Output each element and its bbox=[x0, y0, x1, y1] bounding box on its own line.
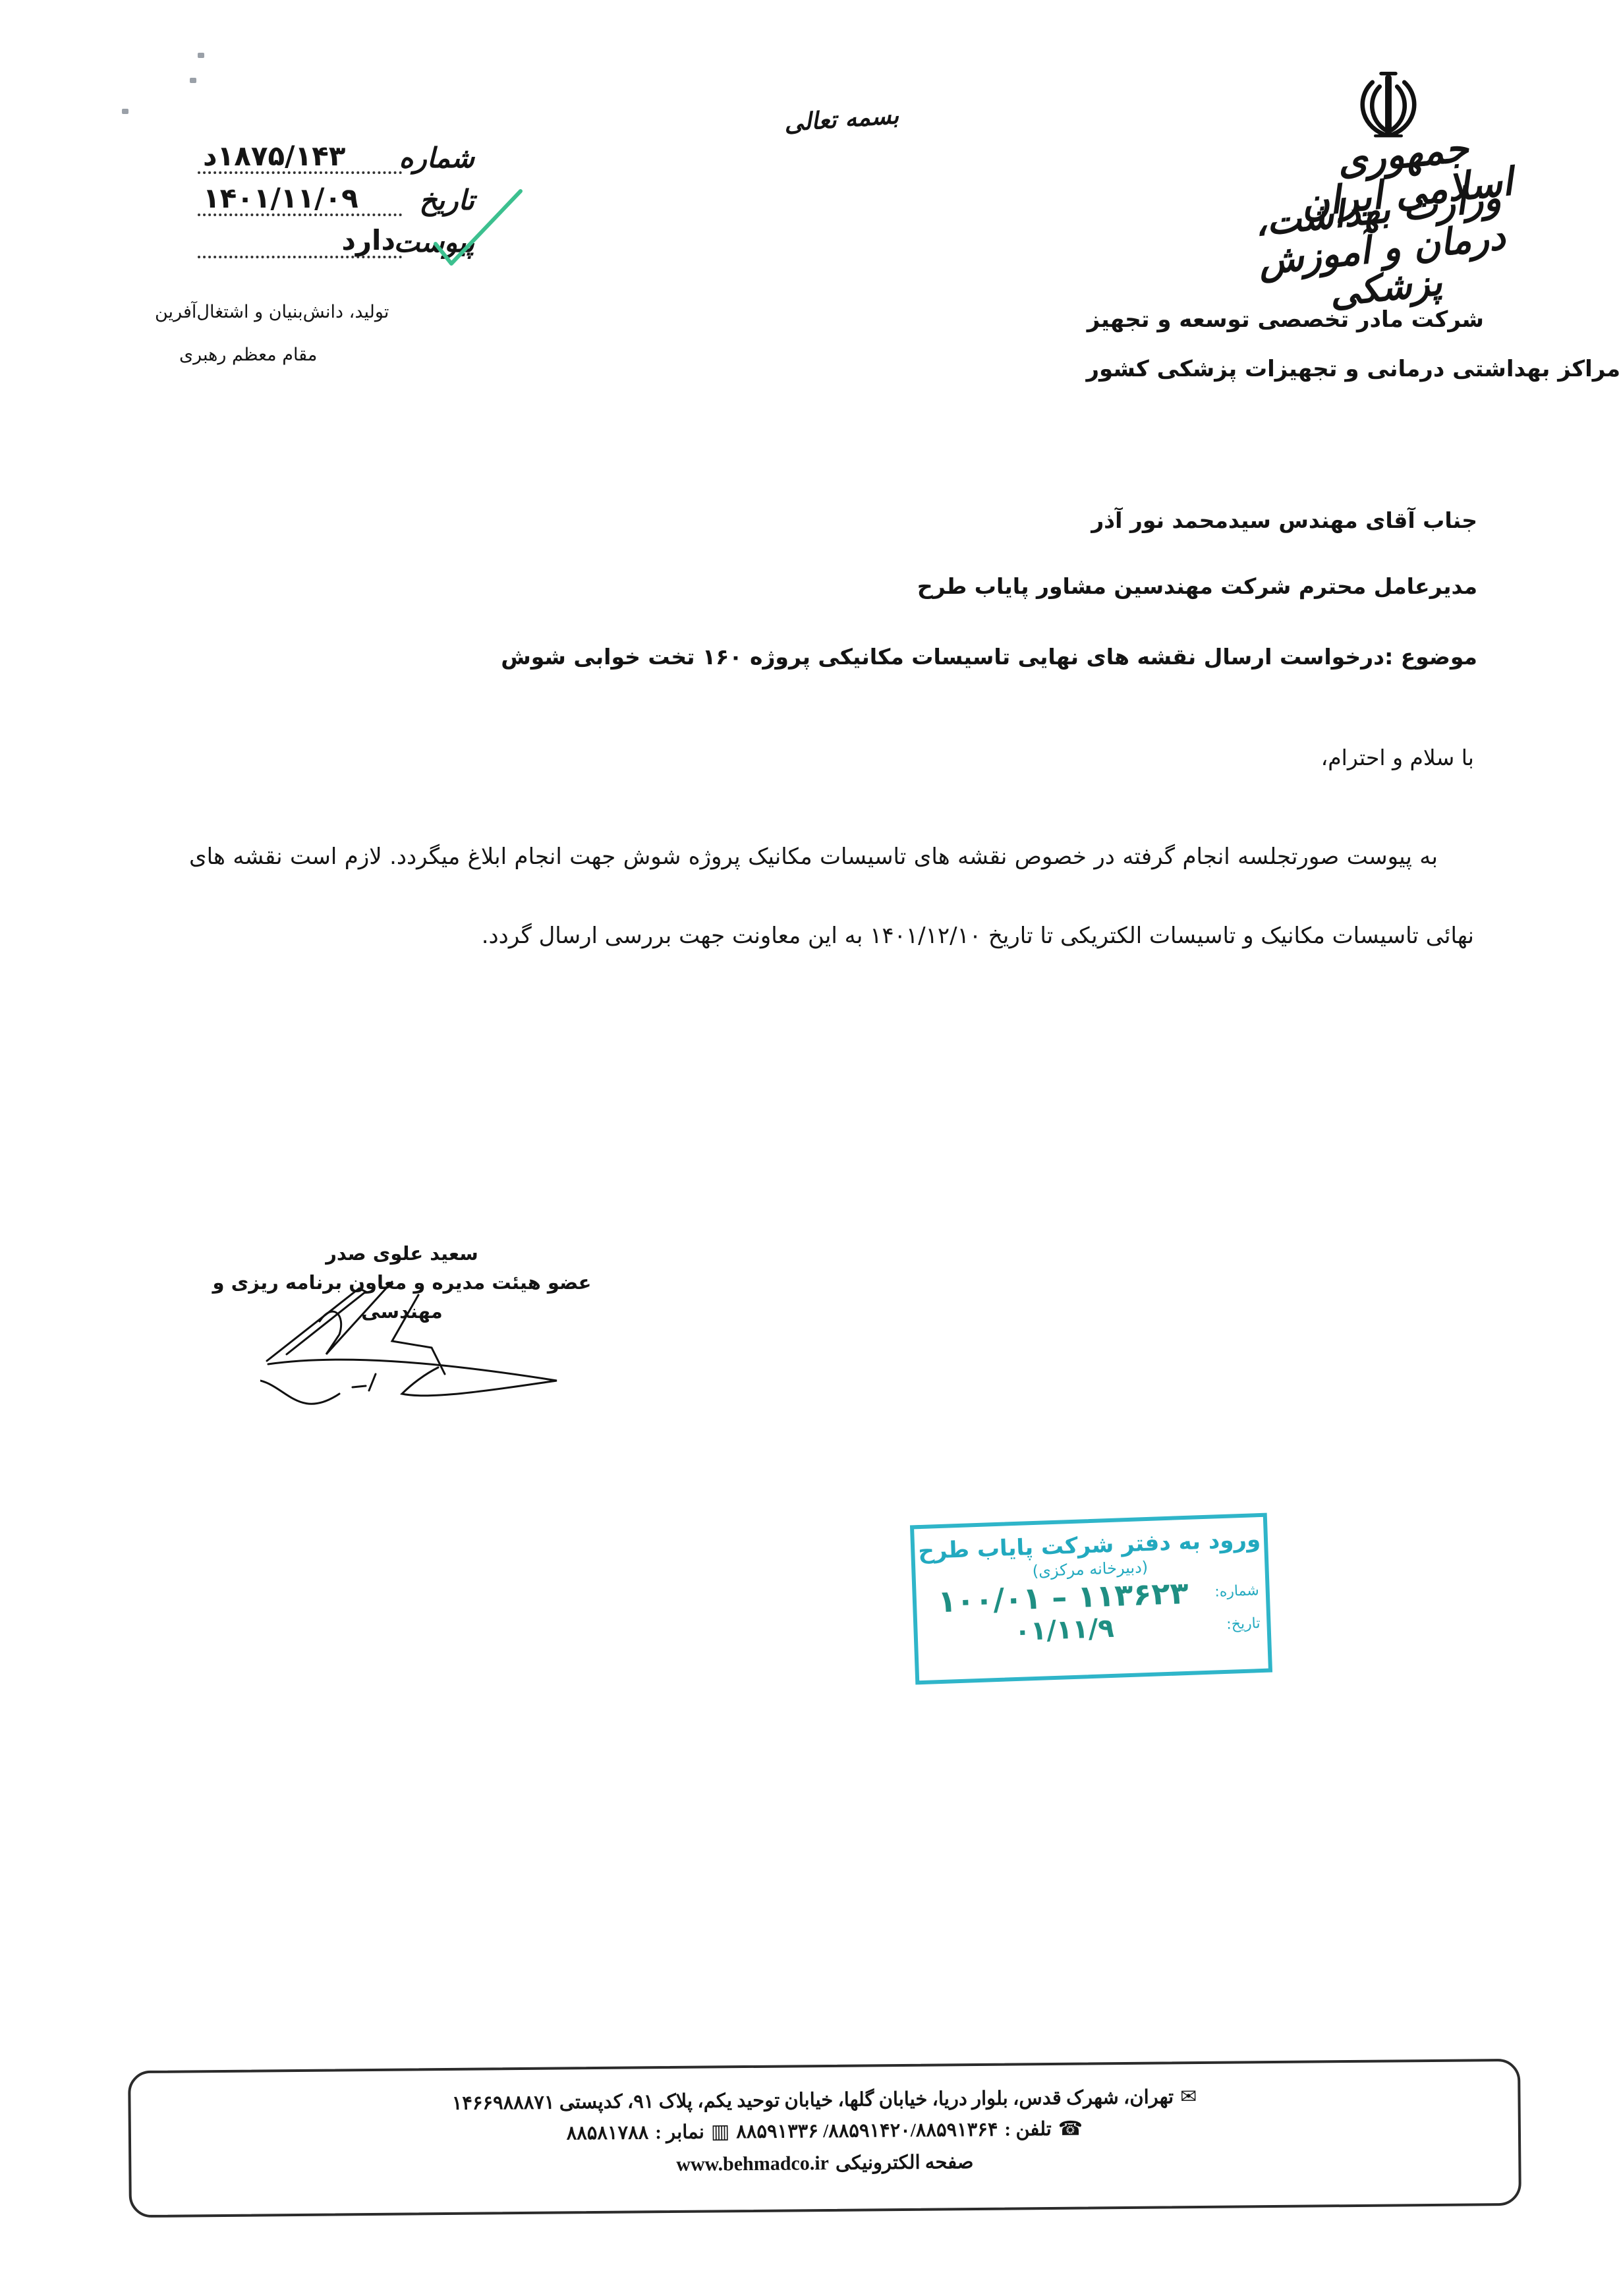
footer-phone-value: ۸۸۵۹۱۴۲۰/۸۸۵۹۱۳۶۴/ ۸۸۵۹۱۳۳۶ bbox=[736, 2118, 998, 2143]
slogan-text: تولید، دانش‌بنیان و اشتغال‌آفرین bbox=[155, 302, 389, 322]
reference-attachment-value: دارد bbox=[198, 225, 402, 258]
footer-fax-value: ۸۸۵۸۱۷۸۸ bbox=[567, 2121, 649, 2144]
organization-name-line2: مراکز بهداشتی درمانی و تجهیزات پزشکی کشو… bbox=[1086, 356, 1619, 382]
recipient-name: جناب آقای مهندس سیدمحمد نور آذر bbox=[1091, 507, 1477, 533]
bismillah-heading: بسمه تعالی bbox=[783, 101, 900, 137]
footer-address-line: ✉ تهران، شهرک قدس، بلوار دریا، خیابان گل… bbox=[130, 2082, 1518, 2117]
footer-website-link[interactable]: www.behmadco.ir bbox=[676, 2152, 829, 2175]
scan-speck bbox=[198, 53, 204, 58]
footer-address: تهران، شهرک قدس، بلوار دریا، خیابان گلها… bbox=[452, 2085, 1174, 2115]
check-mark-icon bbox=[432, 178, 524, 270]
signatory-name: سعید علوی صدر bbox=[211, 1239, 593, 1268]
stamp-number-label: شماره: bbox=[1203, 1582, 1259, 1601]
reference-number-label: شماره bbox=[402, 142, 474, 174]
envelope-icon: ✉ bbox=[1180, 2085, 1197, 2108]
stamp-date-label: تاریخ: bbox=[1204, 1615, 1261, 1634]
body-paragraph: به پیوست صورتجلسه انجام گرفته در خصوص نق… bbox=[189, 817, 1474, 975]
reference-number-row: شماره ۱۸۷۵/۱۴۳د bbox=[198, 132, 474, 174]
ministry-title: وزارت بهداشت، درمان و آموزش پزشکی bbox=[1238, 177, 1525, 322]
footer-phone-label: تلفن : bbox=[1004, 2117, 1052, 2141]
reference-number-value: ۱۸۷۵/۱۴۳د bbox=[198, 141, 402, 174]
scan-speck bbox=[190, 78, 196, 83]
footer-website-line: صفحه الکترونیکی www.behmadco.ir bbox=[131, 2146, 1518, 2181]
footer-contact-box: ✉ تهران، شهرک قدس، بلوار دریا، خیابان گل… bbox=[128, 2059, 1521, 2218]
organization-name-line1: شرکت مادر تخصصی توسعه و تجهیز bbox=[1087, 306, 1484, 333]
handwritten-signature-icon bbox=[260, 1275, 590, 1407]
fax-icon: ▥ bbox=[711, 2120, 730, 2143]
telephone-icon: ☎ bbox=[1058, 2117, 1083, 2140]
reference-date-value: ۱۴۰۱/۱۱/۰۹ bbox=[198, 183, 402, 216]
footer-website-label: صفحه الکترونیکی bbox=[836, 2150, 974, 2175]
slogan-attribution: مقام معظم رهبری bbox=[179, 345, 317, 365]
letter-subject: موضوع :درخواست ارسال نقشه های نهایی تاسی… bbox=[501, 644, 1477, 670]
greeting: با سلام و احترام، bbox=[1321, 745, 1474, 770]
receipt-stamp: ورود به دفتر شرکت پایاب طرح (دبیرخانه مر… bbox=[910, 1513, 1272, 1685]
footer-fax-label: نمابر : bbox=[655, 2121, 704, 2144]
footer-phone-line: ☎ تلفن : ۸۸۵۹۱۴۲۰/۸۸۵۹۱۳۶۴/ ۸۸۵۹۱۳۳۶ ▥ ن… bbox=[131, 2113, 1518, 2148]
recipient-title: مدیرعامل محترم شرکت مهندسین مشاور پایاب … bbox=[917, 573, 1477, 599]
scan-speck bbox=[122, 109, 128, 114]
